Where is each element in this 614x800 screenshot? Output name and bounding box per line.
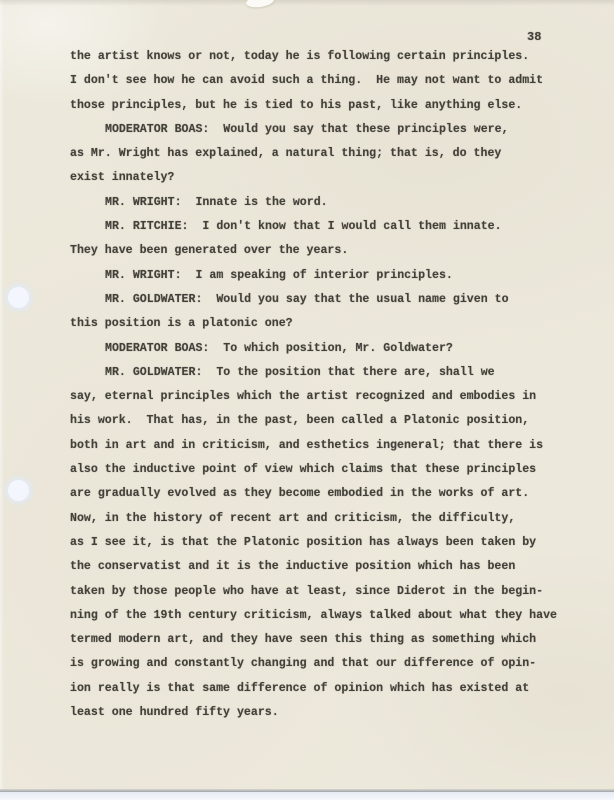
text-line: as I see it, is that the Platonic positi… [70,531,594,555]
text-line: those principles, but he is tied to his … [70,94,594,118]
text-line: the conservatist and it is the inductive… [70,555,594,579]
text-line: least one hundred fifty years. [70,701,594,725]
page-number: 38 [527,30,541,44]
scanned-page: 38 the artist knows or not, today he is … [0,0,614,800]
text-line: MODERATOR BOAS: To which position, Mr. G… [70,337,594,361]
text-line: as Mr. Wright has explained, a natural t… [70,142,594,166]
text-line: this position is a platonic one? [70,312,594,336]
text-line: taken by those people who have at least,… [70,580,594,604]
text-line: MR. RITCHIE: I don't know that I would c… [70,215,594,239]
typed-text: the artist knows or not, today he is fol… [70,45,594,725]
punch-hole-top [8,287,29,308]
text-line: ning of the 19th century criticism, alwa… [70,604,594,628]
text-line: MR. WRIGHT: I am speaking of interior pr… [70,264,594,288]
paper: 38 the artist knows or not, today he is … [0,0,614,789]
text-line: MR. WRIGHT: Innate is the word. [70,191,594,215]
scanner-bed [0,792,614,800]
text-line: I don't see how he can avoid such a thin… [70,69,594,93]
text-line: is growing and constantly changing and t… [70,652,594,676]
text-line: ion really is that same difference of op… [70,677,594,701]
text-line: MR. GOLDWATER: Would you say that the us… [70,288,594,312]
text-line: his work. That has, in the past, been ca… [70,409,594,433]
text-line: MR. GOLDWATER: To the position that ther… [70,361,594,385]
paper-chip [245,0,274,9]
punch-hole-bottom [8,480,29,501]
text-line: They have been generated over the years. [70,239,594,263]
text-line: are gradually evolved as they become emb… [70,482,594,506]
text-line: termed modern art, and they have seen th… [70,628,594,652]
text-line: say, eternal principles which the artist… [70,385,594,409]
text-line: exist innately? [70,166,594,190]
text-line: Now, in the history of recent art and cr… [70,507,594,531]
text-line: both in art and in criticism, and esthet… [70,434,594,458]
text-line: MODERATOR BOAS: Would you say that these… [70,118,594,142]
text-line: also the inductive point of view which c… [70,458,594,482]
text-line: the artist knows or not, today he is fol… [70,45,594,69]
